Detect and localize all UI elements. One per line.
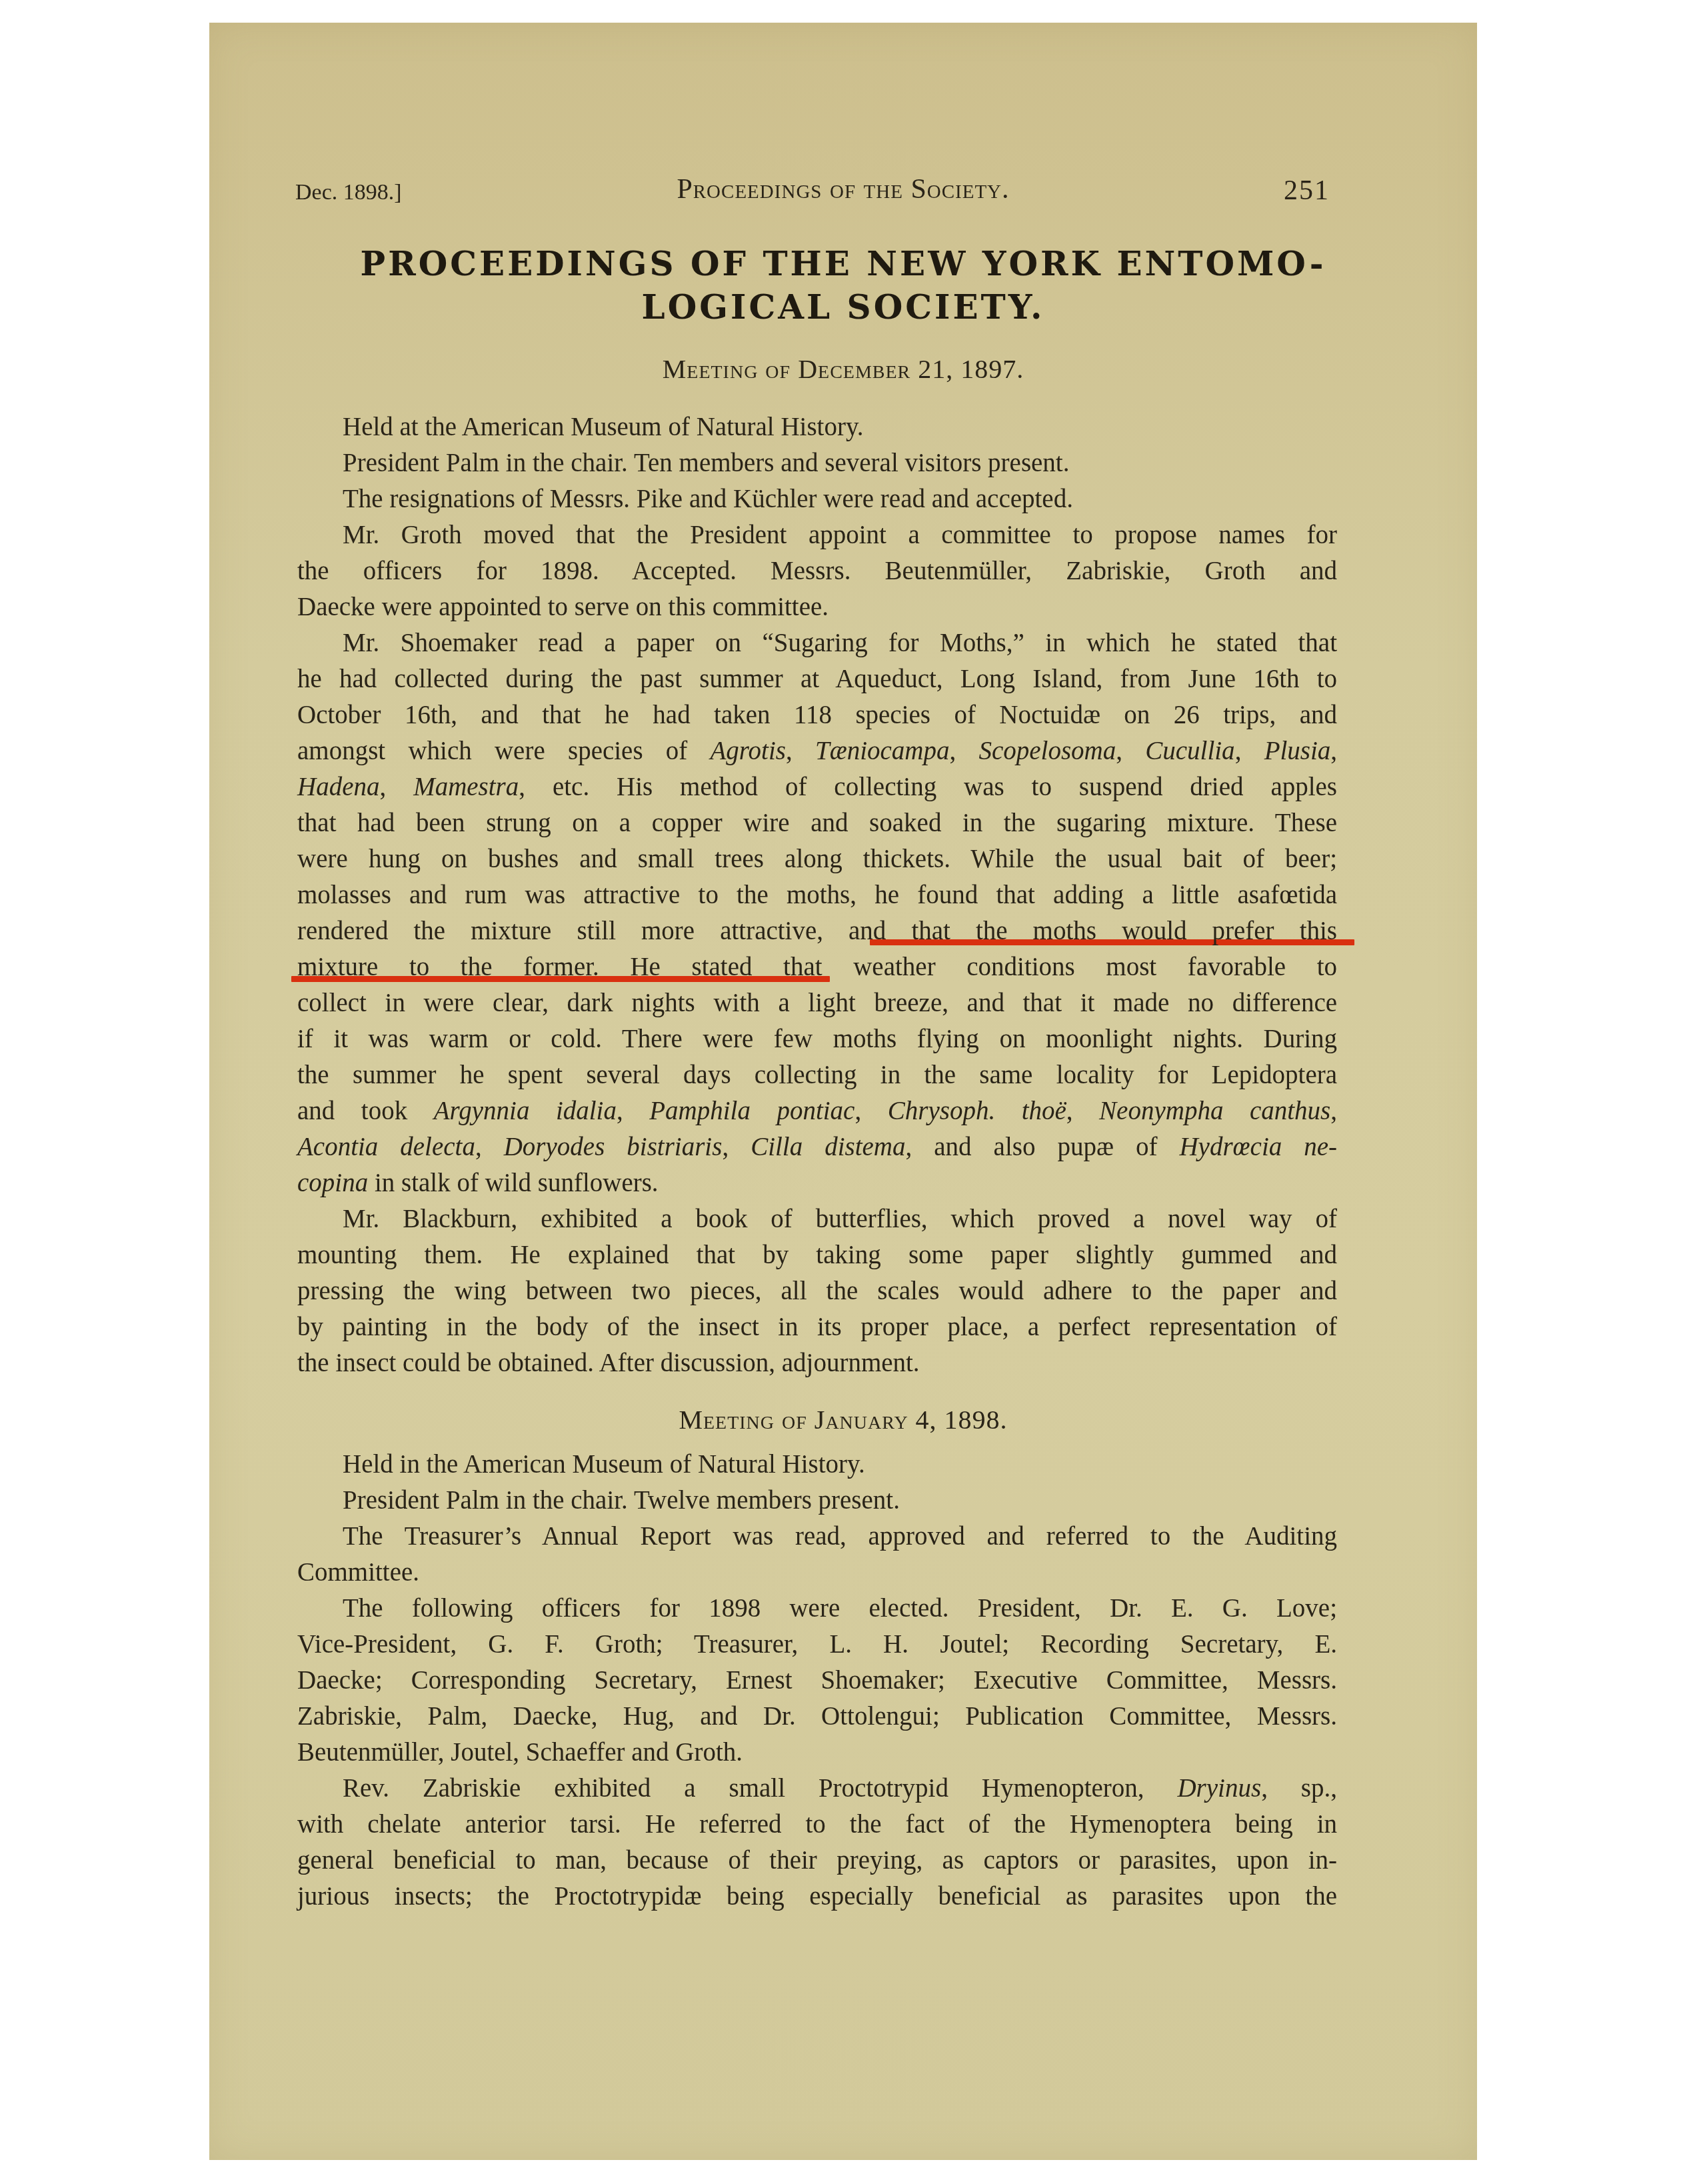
paragraph-line: Daecke; Corresponding Secretary, Ernest … bbox=[297, 1663, 1337, 1699]
species-name: Pamphila pontiac bbox=[649, 1097, 854, 1125]
highlighted-text: he found that adding a little asafœtida bbox=[874, 881, 1337, 909]
text-run: and that the moths would prefer this bbox=[823, 917, 1337, 945]
paragraph-line: Mr. Blackburn, exhibited a book of butte… bbox=[343, 1201, 1337, 1237]
paragraph-line: President Palm in the chair. Twelve memb… bbox=[343, 1483, 1337, 1519]
paragraph-line-highlight-2: rendered the mixture still more attracti… bbox=[297, 913, 1337, 949]
text-run: , and also pupæ of bbox=[906, 1133, 1180, 1161]
paragraph-line: The Treasurer’s Annual Report was read, … bbox=[343, 1519, 1337, 1555]
paragraph-line: with chelate anterior tarsi. He referred… bbox=[297, 1807, 1337, 1843]
text-run: , etc. His method of collecting was to s… bbox=[519, 773, 1337, 801]
paragraph-line: jurious insects; the Proctotrypidæ being… bbox=[297, 1879, 1337, 1915]
paragraph-line: that had been strung on a copper wire an… bbox=[297, 805, 1337, 841]
paragraph-line: were hung on bushes and small trees alon… bbox=[297, 841, 1337, 877]
genus-name: Plusia bbox=[1264, 737, 1331, 765]
text-run: Rev. Zabriskie exhibited a small Proctot… bbox=[343, 1774, 1177, 1803]
paragraph-line: general beneficial to man, because of th… bbox=[297, 1843, 1337, 1879]
genus-name: Cucullia bbox=[1145, 737, 1234, 765]
paragraph-line: Beutenmüller, Joutel, Schaeffer and Grot… bbox=[297, 1735, 1337, 1771]
page-number: 251 bbox=[1284, 175, 1330, 207]
genus-name: Tæniocampa bbox=[815, 737, 950, 765]
paragraph-line: mixture to the former. He stated that we… bbox=[297, 949, 1337, 985]
species-name: Chrysoph. thoë bbox=[888, 1097, 1066, 1125]
paragraph-line: he had collected during the past summer … bbox=[297, 661, 1337, 697]
species-name: Cilla distema bbox=[751, 1133, 905, 1161]
running-header: Dec. 1898.] Proceedings of the Society. … bbox=[209, 173, 1477, 213]
text-run: molasses and rum was attractive to the m… bbox=[297, 881, 874, 909]
species-name: copina bbox=[297, 1169, 368, 1197]
paragraph-line: Mr. Shoemaker read a paper on “Sugaring … bbox=[343, 625, 1337, 661]
species-name: Neonympha canthus bbox=[1099, 1097, 1330, 1125]
genus-name: Scopelosoma bbox=[978, 737, 1116, 765]
paragraph-line: Held at the American Museum of Natural H… bbox=[343, 409, 1337, 445]
paragraph-line-highlight-1: molasses and rum was attractive to the m… bbox=[297, 877, 1337, 913]
species-name: Argynnia idalia bbox=[434, 1097, 617, 1125]
paragraph-line: Daecke were appointed to serve on this c… bbox=[297, 589, 1337, 625]
text-run: , sp., bbox=[1261, 1774, 1337, 1803]
meeting-heading-jan-4-1898: Meeting of January 4, 1898. bbox=[209, 1404, 1477, 1435]
page-title-line-1: PROCEEDINGS OF THE NEW YORK ENTOMO- bbox=[209, 243, 1477, 285]
paragraph-line: pressing the wing between two pieces, al… bbox=[297, 1273, 1337, 1309]
paragraph-line: Held in the American Museum of Natural H… bbox=[343, 1447, 1337, 1483]
species-name: Hydrœcia ne- bbox=[1179, 1133, 1337, 1161]
paragraph-line: the summer he spent several days collect… bbox=[297, 1057, 1337, 1093]
paragraph-line-species-3: copina in stalk of wild sunflowers. bbox=[297, 1165, 1337, 1201]
paragraph-line: President Palm in the chair. Ten members… bbox=[343, 445, 1337, 481]
paragraph-line: The following officers for 1898 were ele… bbox=[343, 1591, 1337, 1627]
paragraph-line-species-2: Acontia delecta, Doryodes bistriaris, Ci… bbox=[297, 1129, 1337, 1165]
genus-name: Mamestra bbox=[413, 773, 519, 801]
paragraph-line: Zabriskie, Palm, Daecke, Hug, and Dr. Ot… bbox=[297, 1699, 1337, 1735]
paragraph-line: Committee. bbox=[297, 1555, 1337, 1591]
text-run: and took bbox=[297, 1097, 434, 1125]
genus-name: Hadena bbox=[297, 773, 379, 801]
page-title-line-2: LOGICAL SOCIETY. bbox=[209, 286, 1477, 329]
paragraph-line: the officers for 1898. Accepted. Messrs.… bbox=[297, 553, 1337, 589]
paragraph-line: collect in were clear, dark nights with … bbox=[297, 985, 1337, 1021]
paragraph-line: Mr. Groth moved that the President appoi… bbox=[343, 517, 1337, 553]
paragraph-line-species: and took Argynnia idalia, Pamphila ponti… bbox=[297, 1093, 1337, 1129]
highlighted-text: rendered the mixture still more attracti… bbox=[297, 917, 823, 945]
paragraph-line: The resignations of Messrs. Pike and Küc… bbox=[343, 481, 1337, 517]
text-run: in stalk of wild sunflowers. bbox=[368, 1169, 658, 1197]
paragraph-line-dryinus: Rev. Zabriskie exhibited a small Proctot… bbox=[343, 1771, 1337, 1807]
species-name: Doryodes bistriaris bbox=[504, 1133, 723, 1161]
paragraph-line-genera: amongst which were species of Agrotis, T… bbox=[297, 733, 1337, 769]
species-name: Acontia delecta bbox=[297, 1133, 475, 1161]
paragraph-line: October 16th, and that he had taken 118 … bbox=[297, 697, 1337, 733]
genus-name: Dryinus bbox=[1177, 1774, 1261, 1803]
paragraph-line: the insect could be obtained. After disc… bbox=[297, 1345, 1337, 1381]
scanned-page: Dec. 1898.] Proceedings of the Society. … bbox=[209, 23, 1477, 2160]
paragraph-line-genera-2: Hadena, Mamestra, etc. His method of col… bbox=[297, 769, 1337, 805]
paragraph-line: Vice-President, G. F. Groth; Treasurer, … bbox=[297, 1627, 1337, 1663]
text-run: amongst which were species of bbox=[297, 737, 711, 765]
paragraph-line: mounting them. He explained that by taki… bbox=[297, 1237, 1337, 1273]
meeting-heading-dec-21-1897: Meeting of December 21, 1897. bbox=[209, 353, 1477, 385]
paragraph-line: by painting in the body of the insect in… bbox=[297, 1309, 1337, 1345]
genus-name: Agrotis bbox=[711, 737, 786, 765]
paragraph-line: if it was warm or cold. There were few m… bbox=[297, 1021, 1337, 1057]
